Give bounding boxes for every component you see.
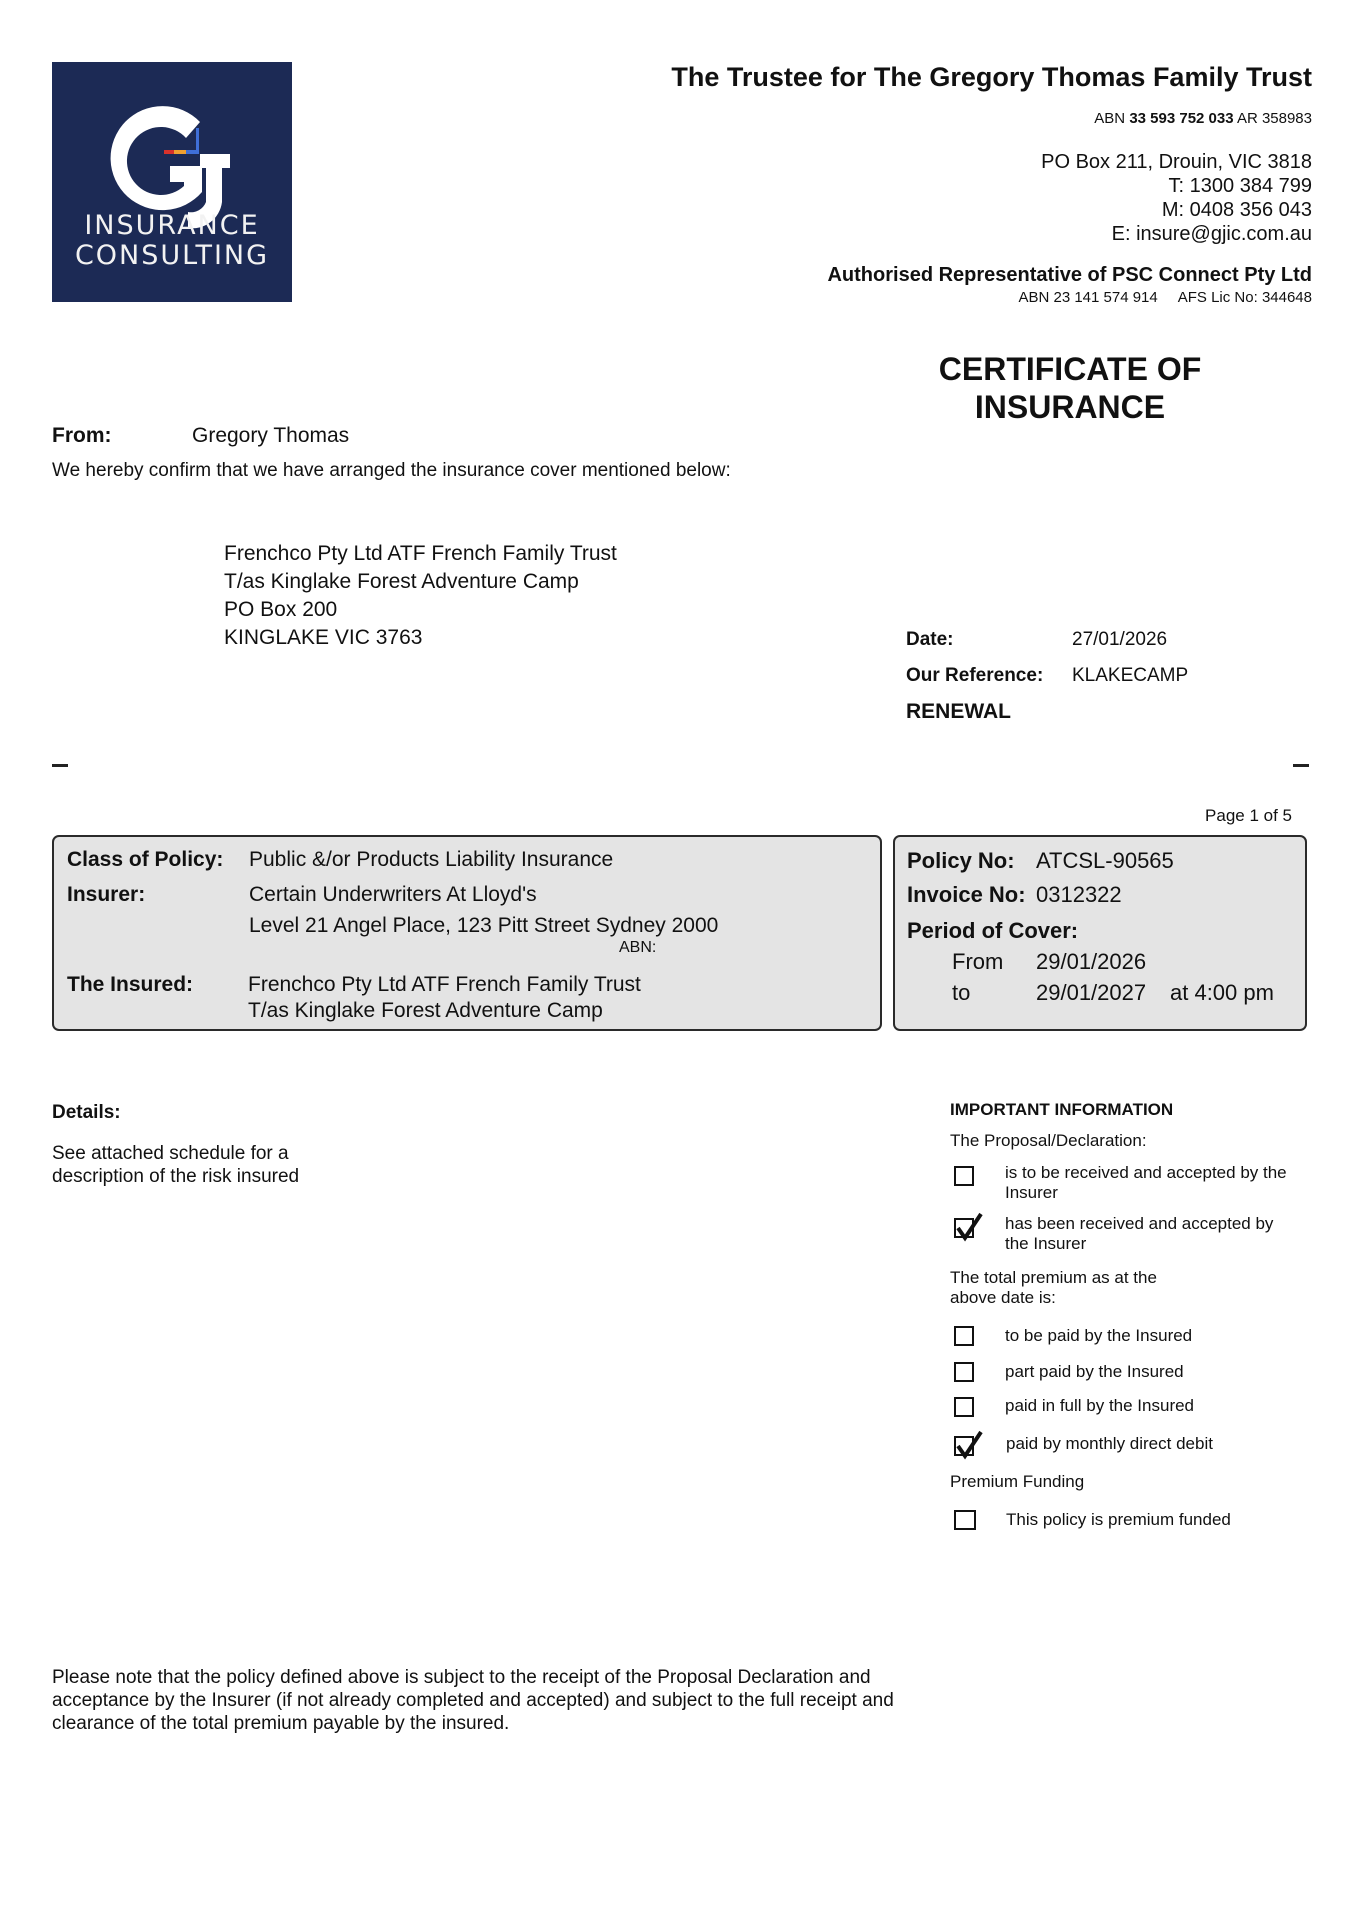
fold-mark-left — [52, 764, 68, 767]
rep-licence-line: ABN 23 141 574 914AFS Lic No: 344648 — [1018, 289, 1312, 306]
insurer-name: Certain Underwriters At Lloyd's — [249, 883, 537, 907]
period-to-time: at 4:00 pm — [1170, 980, 1274, 1006]
checkbox-label: part paid by the Insured — [1005, 1362, 1295, 1382]
title-line-1: CERTIFICATE OF — [900, 350, 1240, 388]
period-label: Period of Cover: — [907, 918, 1078, 944]
company-logo: INSURANCE CONSULTING — [52, 62, 292, 302]
checkbox-label: is to be received and accepted by the In… — [1005, 1163, 1295, 1203]
abn-number: 33 593 752 033 — [1129, 110, 1233, 127]
status-badge: RENEWAL — [906, 700, 1011, 724]
checkbox-monthly-direct-debit[interactable] — [954, 1436, 974, 1456]
proposal-heading: The Proposal/Declaration: — [950, 1131, 1290, 1151]
period-from-value: 29/01/2026 — [1036, 949, 1146, 975]
insurer-label: Insurer: — [67, 883, 145, 907]
premium-funding-heading: Premium Funding — [950, 1472, 1290, 1492]
recipient-line: T/as Kinglake Forest Adventure Camp — [224, 568, 617, 596]
footnote: Please note that the policy defined abov… — [52, 1666, 952, 1735]
checkbox-proposal-to-be-received[interactable] — [954, 1166, 974, 1186]
important-info-heading: IMPORTANT INFORMATION — [950, 1100, 1290, 1120]
period-from-label: From — [952, 949, 1003, 975]
checkbox-proposal-received[interactable] — [954, 1218, 974, 1238]
invoice-no-value: 0312322 — [1036, 882, 1122, 908]
afs-licence: AFS Lic No: 344648 — [1178, 289, 1312, 306]
insurer-abn-label: ABN: — [619, 939, 656, 957]
insured-line-2: T/as Kinglake Forest Adventure Camp — [248, 999, 603, 1023]
checkbox-premium-funded[interactable] — [954, 1510, 976, 1530]
phone: T: 1300 384 799 — [1041, 174, 1312, 198]
page-title: CERTIFICATE OF INSURANCE — [900, 350, 1240, 426]
policy-numbers-box: Policy No: ATCSL-90565 Invoice No: 03123… — [893, 835, 1307, 1031]
checkmark-icon — [955, 1429, 983, 1457]
abn-prefix: ABN — [1094, 110, 1125, 127]
details-heading: Details: — [52, 1102, 121, 1124]
checkbox-to-be-paid[interactable] — [954, 1326, 974, 1346]
contact-address: PO Box 211, Drouin, VIC 3818 T: 1300 384… — [1041, 150, 1312, 246]
checkbox-label: This policy is premium funded — [1006, 1510, 1296, 1530]
logo-text-insurance: INSURANCE — [52, 210, 292, 241]
insured-label: The Insured: — [67, 973, 193, 997]
fold-mark-right — [1293, 764, 1309, 767]
logo-text-consulting: CONSULTING — [52, 240, 292, 271]
confirmation-text: We hereby confirm that we have arranged … — [52, 460, 731, 482]
policy-no-value: ATCSL-90565 — [1036, 848, 1174, 874]
title-line-2: INSURANCE — [900, 388, 1240, 426]
checkbox-label: paid by monthly direct debit — [1006, 1434, 1296, 1454]
postal-address: PO Box 211, Drouin, VIC 3818 — [1041, 150, 1312, 174]
details-text: See attached schedule for a description … — [52, 1142, 372, 1188]
recipient-line: PO Box 200 — [224, 596, 617, 624]
recipient-address: Frenchco Pty Ltd ATF French Family Trust… — [224, 540, 617, 652]
checkbox-label: to be paid by the Insured — [1005, 1326, 1295, 1346]
period-to-label: to — [952, 980, 970, 1006]
premium-heading: The total premium as at the above date i… — [950, 1268, 1180, 1308]
checkbox-paid-in-full[interactable] — [954, 1397, 974, 1417]
checkbox-label: paid in full by the Insured — [1005, 1396, 1295, 1416]
page-indicator: Page 1 of 5 — [1205, 806, 1292, 826]
reference-label: Our Reference: — [906, 665, 1043, 687]
ar-number: AR 358983 — [1237, 110, 1312, 127]
class-label: Class of Policy: — [67, 848, 223, 872]
class-value: Public &/or Products Liability Insurance — [249, 848, 613, 872]
insured-line-1: Frenchco Pty Ltd ATF French Family Trust — [248, 973, 641, 997]
email-link[interactable]: E: insure@gjic.com.au — [1041, 222, 1312, 246]
recipient-line: Frenchco Pty Ltd ATF French Family Trust — [224, 540, 617, 568]
reference-value: KLAKECAMP — [1072, 665, 1188, 687]
period-to-value: 29/01/2027 — [1036, 980, 1146, 1006]
from-value: Gregory Thomas — [192, 424, 349, 448]
invoice-no-label: Invoice No: — [907, 882, 1026, 908]
policy-no-label: Policy No: — [907, 848, 1015, 874]
recipient-line: KINGLAKE VIC 3763 — [224, 624, 617, 652]
checkbox-label: has been received and accepted by the In… — [1005, 1214, 1295, 1254]
date-label: Date: — [906, 629, 954, 651]
rep-abn: ABN 23 141 574 914 — [1018, 289, 1157, 306]
policy-summary-box: Class of Policy: Public &/or Products Li… — [52, 835, 882, 1031]
authorised-representative: Authorised Representative of PSC Connect… — [827, 264, 1312, 287]
mobile: M: 0408 356 043 — [1041, 198, 1312, 222]
from-label: From: — [52, 424, 112, 448]
date-value: 27/01/2026 — [1072, 629, 1167, 651]
checkbox-part-paid[interactable] — [954, 1362, 974, 1382]
insurer-address: Level 21 Angel Place, 123 Pitt Street Sy… — [249, 914, 718, 938]
checkmark-icon — [955, 1211, 983, 1239]
trust-name: The Trustee for The Gregory Thomas Famil… — [671, 62, 1312, 93]
trust-abn: ABN 33 593 752 033 AR 358983 — [1094, 110, 1312, 127]
